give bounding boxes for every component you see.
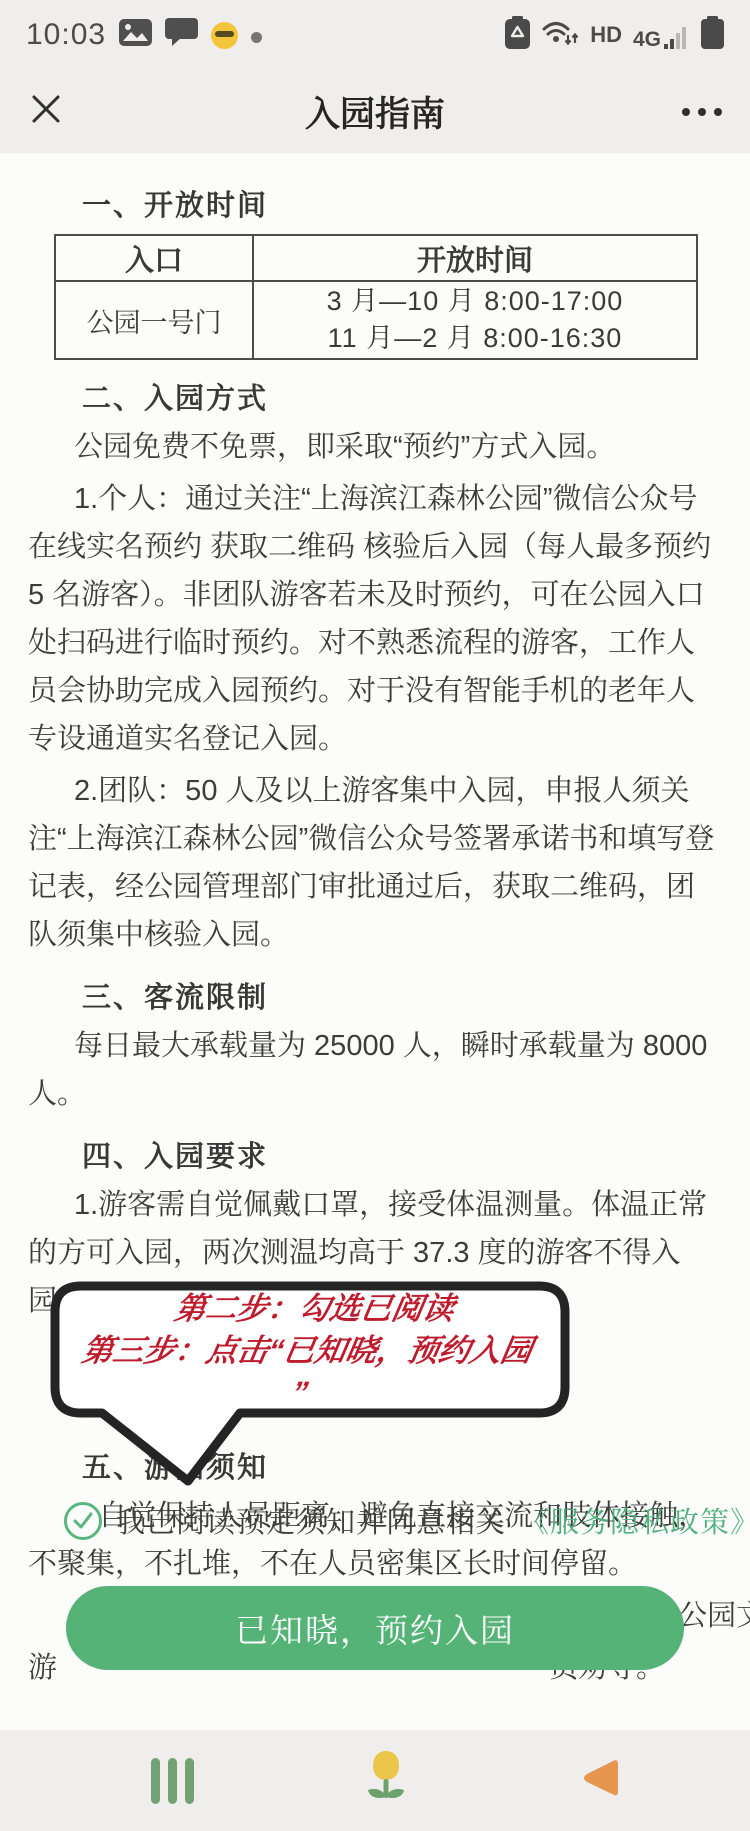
col-header-entrance: 入口: [55, 235, 253, 281]
clock: 10:03: [26, 18, 106, 52]
battery-icon: [701, 16, 724, 54]
page-title: 入园指南: [0, 87, 750, 137]
col-header-hours: 开放时间: [253, 235, 697, 281]
annotation-text: 第二步：勾选已阅读 第三步：点击“已知晓，预约入园 ”: [41, 1288, 573, 1414]
notification-dot-icon: [251, 32, 262, 43]
agreement-checkbox[interactable]: [64, 1502, 102, 1540]
emoji-notification-icon: [211, 22, 238, 49]
recents-button[interactable]: [140, 1730, 204, 1831]
message-icon: [165, 18, 198, 52]
screenshot-icon: [119, 19, 152, 51]
section-heading-open-hours: 一、开放时间: [82, 183, 722, 224]
agreement-row: 我已阅读预定须知并同意相关 《服务隐私政策》: [64, 1500, 750, 1541]
battery-saver-icon: [505, 16, 530, 54]
cellular-signal-icon: 4G: [633, 20, 690, 50]
notice-document: 一、开放时间 入口 开放时间 公园一号门 3 月—10 月 8:00-17:00…: [0, 153, 750, 1730]
wifi-icon: [541, 18, 579, 53]
section-heading-entry-method: 二、入园方式: [82, 376, 722, 417]
tulip-home-icon: [362, 1749, 410, 1812]
confirm-reserve-button[interactable]: 已知晓，预约入园: [66, 1586, 684, 1670]
close-button[interactable]: [28, 91, 64, 132]
status-bar: 10:03 HD 4G: [0, 0, 750, 70]
para-capacity: 每日最大承载量为 25000 人，瞬时承载量为 8000 人。: [28, 1022, 722, 1118]
recents-bars-icon: [151, 1758, 194, 1804]
screen: 10:03 HD 4G: [0, 0, 750, 1831]
back-arrow-icon: [578, 1754, 622, 1807]
webview-header: 入园指南: [0, 70, 750, 153]
table-row: 公园一号门 3 月—10 月 8:00-17:00 11 月—2 月 8:00-…: [55, 281, 697, 359]
privacy-policy-link[interactable]: 《服务隐私政策》: [520, 1500, 750, 1541]
system-nav-bar: [0, 1730, 750, 1831]
table-header-row: 入口 开放时间: [55, 235, 697, 281]
section-heading-capacity: 三、客流限制: [82, 975, 722, 1016]
para-free-entry: 公园免费不免票，即采取“预约”方式入园。: [28, 423, 722, 471]
hd-indicator: HD: [590, 22, 622, 48]
agreement-label: 我已阅读预定须知并同意相关: [116, 1500, 506, 1541]
section-heading-requirements: 四、入园要求: [82, 1134, 722, 1175]
home-button[interactable]: [354, 1730, 418, 1831]
para-group: 2.团队：50 人及以上游客集中入园，申报人须关注“上海滨江森林公园”微信公众号…: [28, 767, 722, 959]
back-button[interactable]: [568, 1730, 632, 1831]
para-individual: 1.个人：通过关注“上海滨江森林公园”微信公众号在线实名预约 获取二维码 核验后…: [28, 475, 722, 763]
cell-entrance: 公园一号门: [55, 281, 253, 359]
section-heading-notice: 五、游园须知: [82, 1445, 722, 1486]
open-hours-table: 入口 开放时间 公园一号门 3 月—10 月 8:00-17:00 11 月—2…: [54, 234, 698, 360]
cell-hours: 3 月—10 月 8:00-17:00 11 月—2 月 8:00-16:30: [253, 281, 697, 359]
